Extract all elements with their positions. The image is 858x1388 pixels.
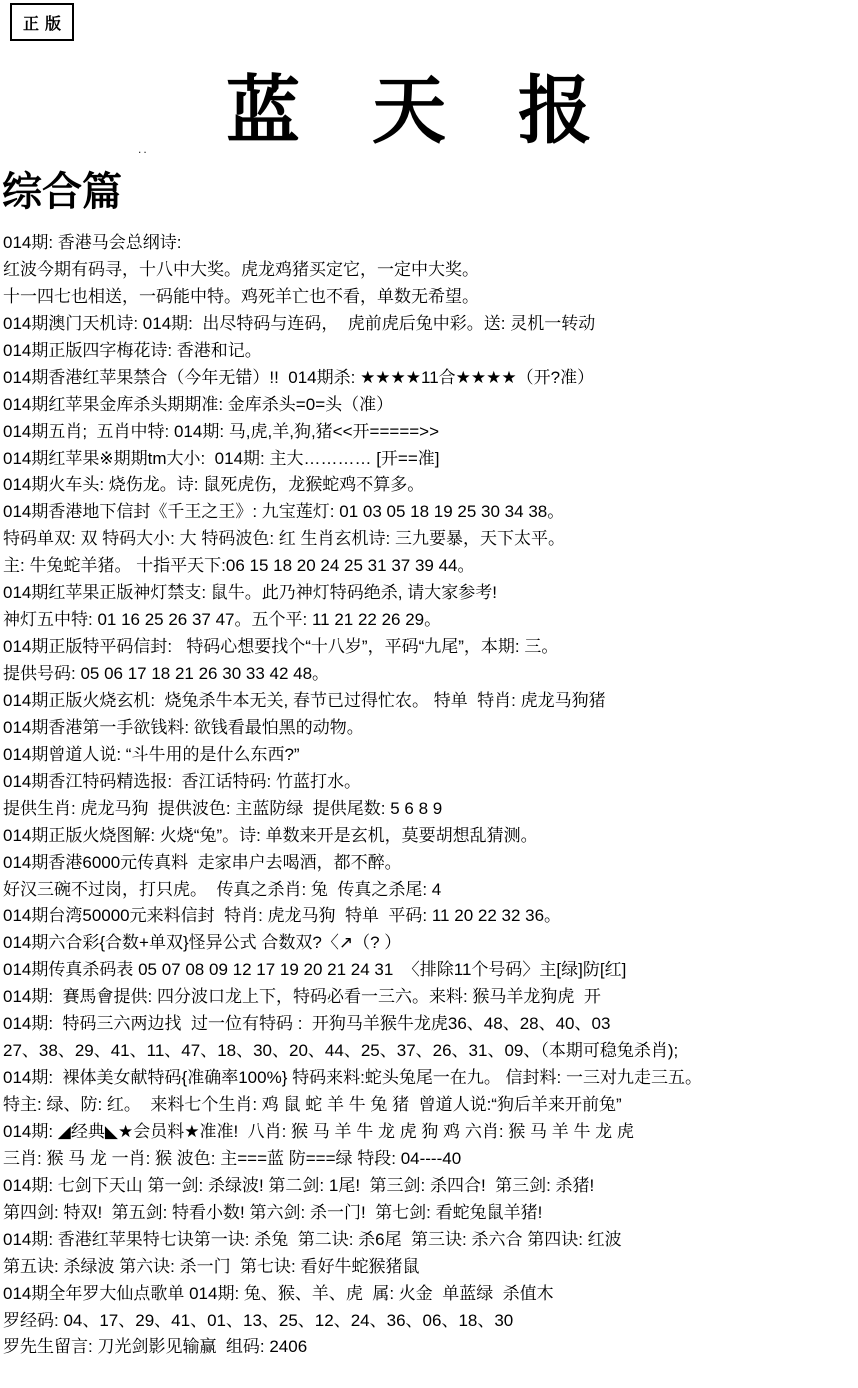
text-line: 014期香港红苹果禁合（今年无错）!! 014期杀: ★★★★11合★★★★（开… — [3, 365, 858, 392]
authentic-edition-badge: 正版 — [10, 3, 74, 41]
text-line: 第四剑: 特双! 第五剑: 特看小数! 第六剑: 杀一门! 第七剑: 看蛇兔鼠羊… — [3, 1200, 858, 1227]
text-line: 27、38、29、41、11、47、18、30、20、44、25、37、26、3… — [3, 1038, 858, 1065]
text-line: 014期台湾50000元来料信封 特肖: 虎龙马狗 特单 平码: 11 20 2… — [3, 903, 858, 930]
text-line: 红波今期有码寻，十八中大奖。虎龙鸡猪买定它，一定中大奖。 — [3, 257, 858, 284]
page-title: 蓝天报 — [226, 52, 664, 158]
text-line: 014期: 特码三六两边找 过一位有特码 : 开狗马羊猴牛龙虎36、48、28、… — [3, 1011, 858, 1038]
text-line: 014期香江特码精选报: 香江话特码: 竹蓝打水。 — [3, 769, 858, 796]
text-line: 014期正版火烧玄机: 烧兔杀牛本无关, 春节已过得忙农。 特单 特肖: 虎龙马… — [3, 688, 858, 715]
text-line: 罗先生留言: 刀光剑影见输赢 组码: 2406 — [3, 1334, 858, 1361]
text-line: 014期红苹果正版神灯禁支: 鼠牛。此乃神灯特码绝杀, 请大家参考! — [3, 580, 858, 607]
text-line: 第五诀: 杀绿波 第六诀: 杀一门 第七诀: 看好牛蛇猴猪鼠 — [3, 1254, 858, 1281]
badge-label: 正版 — [23, 11, 67, 34]
body-text: 014期: 香港马会总纲诗: 红波今期有码寻，十八中大奖。虎龙鸡猪买定它，一定中… — [3, 230, 858, 1361]
stray-print-mark: .. — [138, 142, 149, 156]
text-line: 014期香港6000元传真料 走家串户去喝酒，都不醉。 — [3, 850, 858, 877]
text-line: 014期六合彩{合数+单双}怪异公式 合数双?〈↗（? ） — [3, 930, 858, 957]
text-line: 三肖: 猴 马 龙 一肖: 猴 波色: 主===蓝 防===绿 特段: 04--… — [3, 1146, 858, 1173]
text-line: 十一四七也相送，一码能中特。鸡死羊亡也不看，单数无希望。 — [3, 284, 858, 311]
text-line: 014期: ◢经典◣★会员料★准准! 八肖: 猴 马 羊 牛 龙 虎 狗 鸡 六… — [3, 1119, 858, 1146]
text-line: 014期香港地下信封《千王之王》: 九宝莲灯: 01 03 05 18 19 2… — [3, 499, 858, 526]
text-line: 014期: 裸体美女献特码{准确率100%} 特码来料:蛇头兔尾一在九。 信封料… — [3, 1065, 858, 1092]
text-line: 014期: 香港马会总纲诗: — [3, 230, 858, 257]
text-line: 014期香港第一手欲钱料: 欲钱看最怕黑的动物。 — [3, 715, 858, 742]
text-line: 014期火车头: 烧伤龙。诗: 鼠死虎伤，龙猴蛇鸡不算多。 — [3, 472, 858, 499]
text-line: 014期曾道人说: “斗牛用的是什么东西?” — [3, 742, 858, 769]
text-line: 014期红苹果金库杀头期期准: 金库杀头=0=头（准） — [3, 392, 858, 419]
text-line: 好汉三碗不过岗，打只虎。 传真之杀肖: 兔 传真之杀尾: 4 — [3, 877, 858, 904]
text-line: 罗经码: 04、17、29、41、01、13、25、12、24、36、06、18… — [3, 1308, 858, 1335]
text-line: 014期传真杀码表 05 07 08 09 12 17 19 20 21 24 … — [3, 957, 858, 984]
text-line: 014期: 七剑下天山 第一剑: 杀绿波! 第二剑: 1尾! 第三剑: 杀四合!… — [3, 1173, 858, 1200]
text-line: 特主: 绿、防: 红。 来料七个生肖: 鸡 鼠 蛇 羊 牛 兔 猪 曾道人说:“… — [3, 1092, 858, 1119]
text-line: 主: 牛兔蛇羊猪。 十指平天下:06 15 18 20 24 25 31 37 … — [3, 553, 858, 580]
text-line: 014期正版火烧图解: 火烧“兔”。诗: 单数来开是玄机，莫要胡想乱猜测。 — [3, 823, 858, 850]
text-line: 神灯五中特: 01 16 25 26 37 47。五个平: 11 21 22 2… — [3, 607, 858, 634]
text-line: 提供号码: 05 06 17 18 21 26 30 33 42 48。 — [3, 661, 858, 688]
section-heading: 综合篇 — [2, 160, 122, 217]
text-line: 提供生肖: 虎龙马狗 提供波色: 主蓝防绿 提供尾数: 5 6 8 9 — [3, 796, 858, 823]
newspaper-page: 正版 蓝天报 .. 综合篇 014期: 香港马会总纲诗: 红波今期有码寻，十八中… — [0, 0, 858, 1388]
text-line: 特码单双: 双 特码大小: 大 特码波色: 红 生肖玄机诗: 三九要暴，天下太平… — [3, 526, 858, 553]
text-line: 014期正版特平码信封: 特码心想要找个“十八岁”，平码“九尾”，本期: 三。 — [3, 634, 858, 661]
text-line: 014期: 賽馬會提供: 四分波口龙上下，特码必看一三六。来料: 猴马羊龙狗虎 … — [3, 984, 858, 1011]
text-line: 014期正版四字梅花诗: 香港和记。 — [3, 338, 858, 365]
text-line: 014期: 香港红苹果特七诀第一诀: 杀兔 第二诀: 杀6尾 第三诀: 杀六合 … — [3, 1227, 858, 1254]
text-line: 014期红苹果※期期tm大小: 014期: 主大………… [开==准] — [3, 446, 858, 473]
text-line: 014期五肖; 五肖中特: 014期: 马,虎,羊,狗,猪<<开=====>> — [3, 419, 858, 446]
text-line: 014期澳门天机诗: 014期: 出尽特码与连码， 虎前虎后兔中彩。送: 灵机一… — [3, 311, 858, 338]
text-line: 014期全年罗大仙点歌单 014期: 兔、猴、羊、虎 属: 火金 单蓝绿 杀值木 — [3, 1281, 858, 1308]
